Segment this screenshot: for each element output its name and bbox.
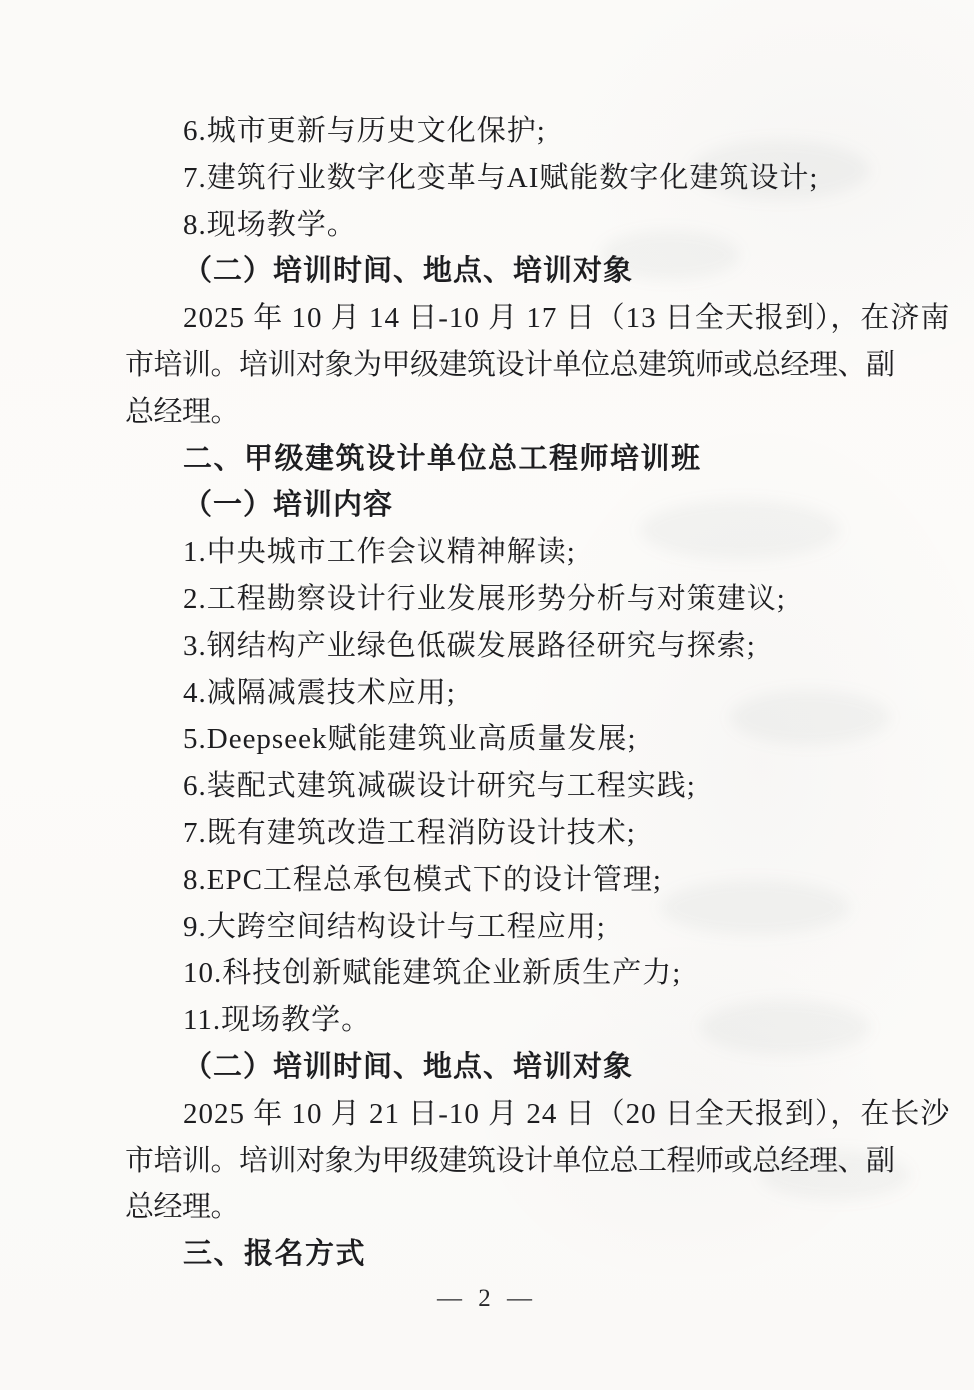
- list-item-line: 4.减隔减震技术应用;: [125, 670, 905, 717]
- paragraph-first-line: 2025 年 10 月 14 日-10 月 17 日（13 日全天报到），在济南: [125, 295, 905, 342]
- section-heading: 二、甲级建筑设计单位总工程师培训班: [125, 436, 905, 483]
- list-item-line: 6.装配式建筑减碳设计研究与工程实践;: [125, 763, 905, 810]
- paragraph-continuation-line: 市培训。培训对象为甲级建筑设计单位总工程师或总经理、副: [125, 1138, 905, 1185]
- document-page: 6.城市更新与历史文化保护;7.建筑行业数字化变革与AI赋能数字化建筑设计;8.…: [0, 0, 974, 1390]
- list-item-line: 5.Deepseek赋能建筑业高质量发展;: [125, 716, 905, 763]
- paragraph-continuation-line: 总经理。: [125, 389, 905, 436]
- list-item-line: 8.现场教学。: [125, 202, 905, 249]
- list-item-line: 7.建筑行业数字化变革与AI赋能数字化建筑设计;: [125, 155, 905, 202]
- list-item-line: 8.EPC工程总承包模式下的设计管理;: [125, 857, 905, 904]
- paragraph-first-line: 2025 年 10 月 21 日-10 月 24 日（20 日全天报到），在长沙: [125, 1091, 905, 1138]
- paragraph-continuation-line: 市培训。培训对象为甲级建筑设计单位总建筑师或总经理、副: [125, 342, 905, 389]
- list-item-line: 1.中央城市工作会议精神解读;: [125, 529, 905, 576]
- subsection-heading: （一）培训内容: [125, 482, 905, 529]
- list-item-line: 10.科技创新赋能建筑企业新质生产力;: [125, 950, 905, 997]
- list-item-line: 7.既有建筑改造工程消防设计技术;: [125, 810, 905, 857]
- paragraph-continuation-line: 总经理。: [125, 1184, 905, 1231]
- document-content: 6.城市更新与历史文化保护;7.建筑行业数字化变革与AI赋能数字化建筑设计;8.…: [125, 108, 905, 1278]
- subsection-heading: （二）培训时间、地点、培训对象: [125, 248, 905, 295]
- page-number: — 2 —: [0, 1285, 974, 1313]
- list-item-line: 11.现场教学。: [125, 997, 905, 1044]
- list-item-line: 3.钢结构产业绿色低碳发展路径研究与探索;: [125, 623, 905, 670]
- list-item-line: 9.大跨空间结构设计与工程应用;: [125, 904, 905, 951]
- subsection-heading: （二）培训时间、地点、培训对象: [125, 1044, 905, 1091]
- section-heading: 三、报名方式: [125, 1231, 905, 1278]
- list-item-line: 6.城市更新与历史文化保护;: [125, 108, 905, 155]
- list-item-line: 2.工程勘察设计行业发展形势分析与对策建议;: [125, 576, 905, 623]
